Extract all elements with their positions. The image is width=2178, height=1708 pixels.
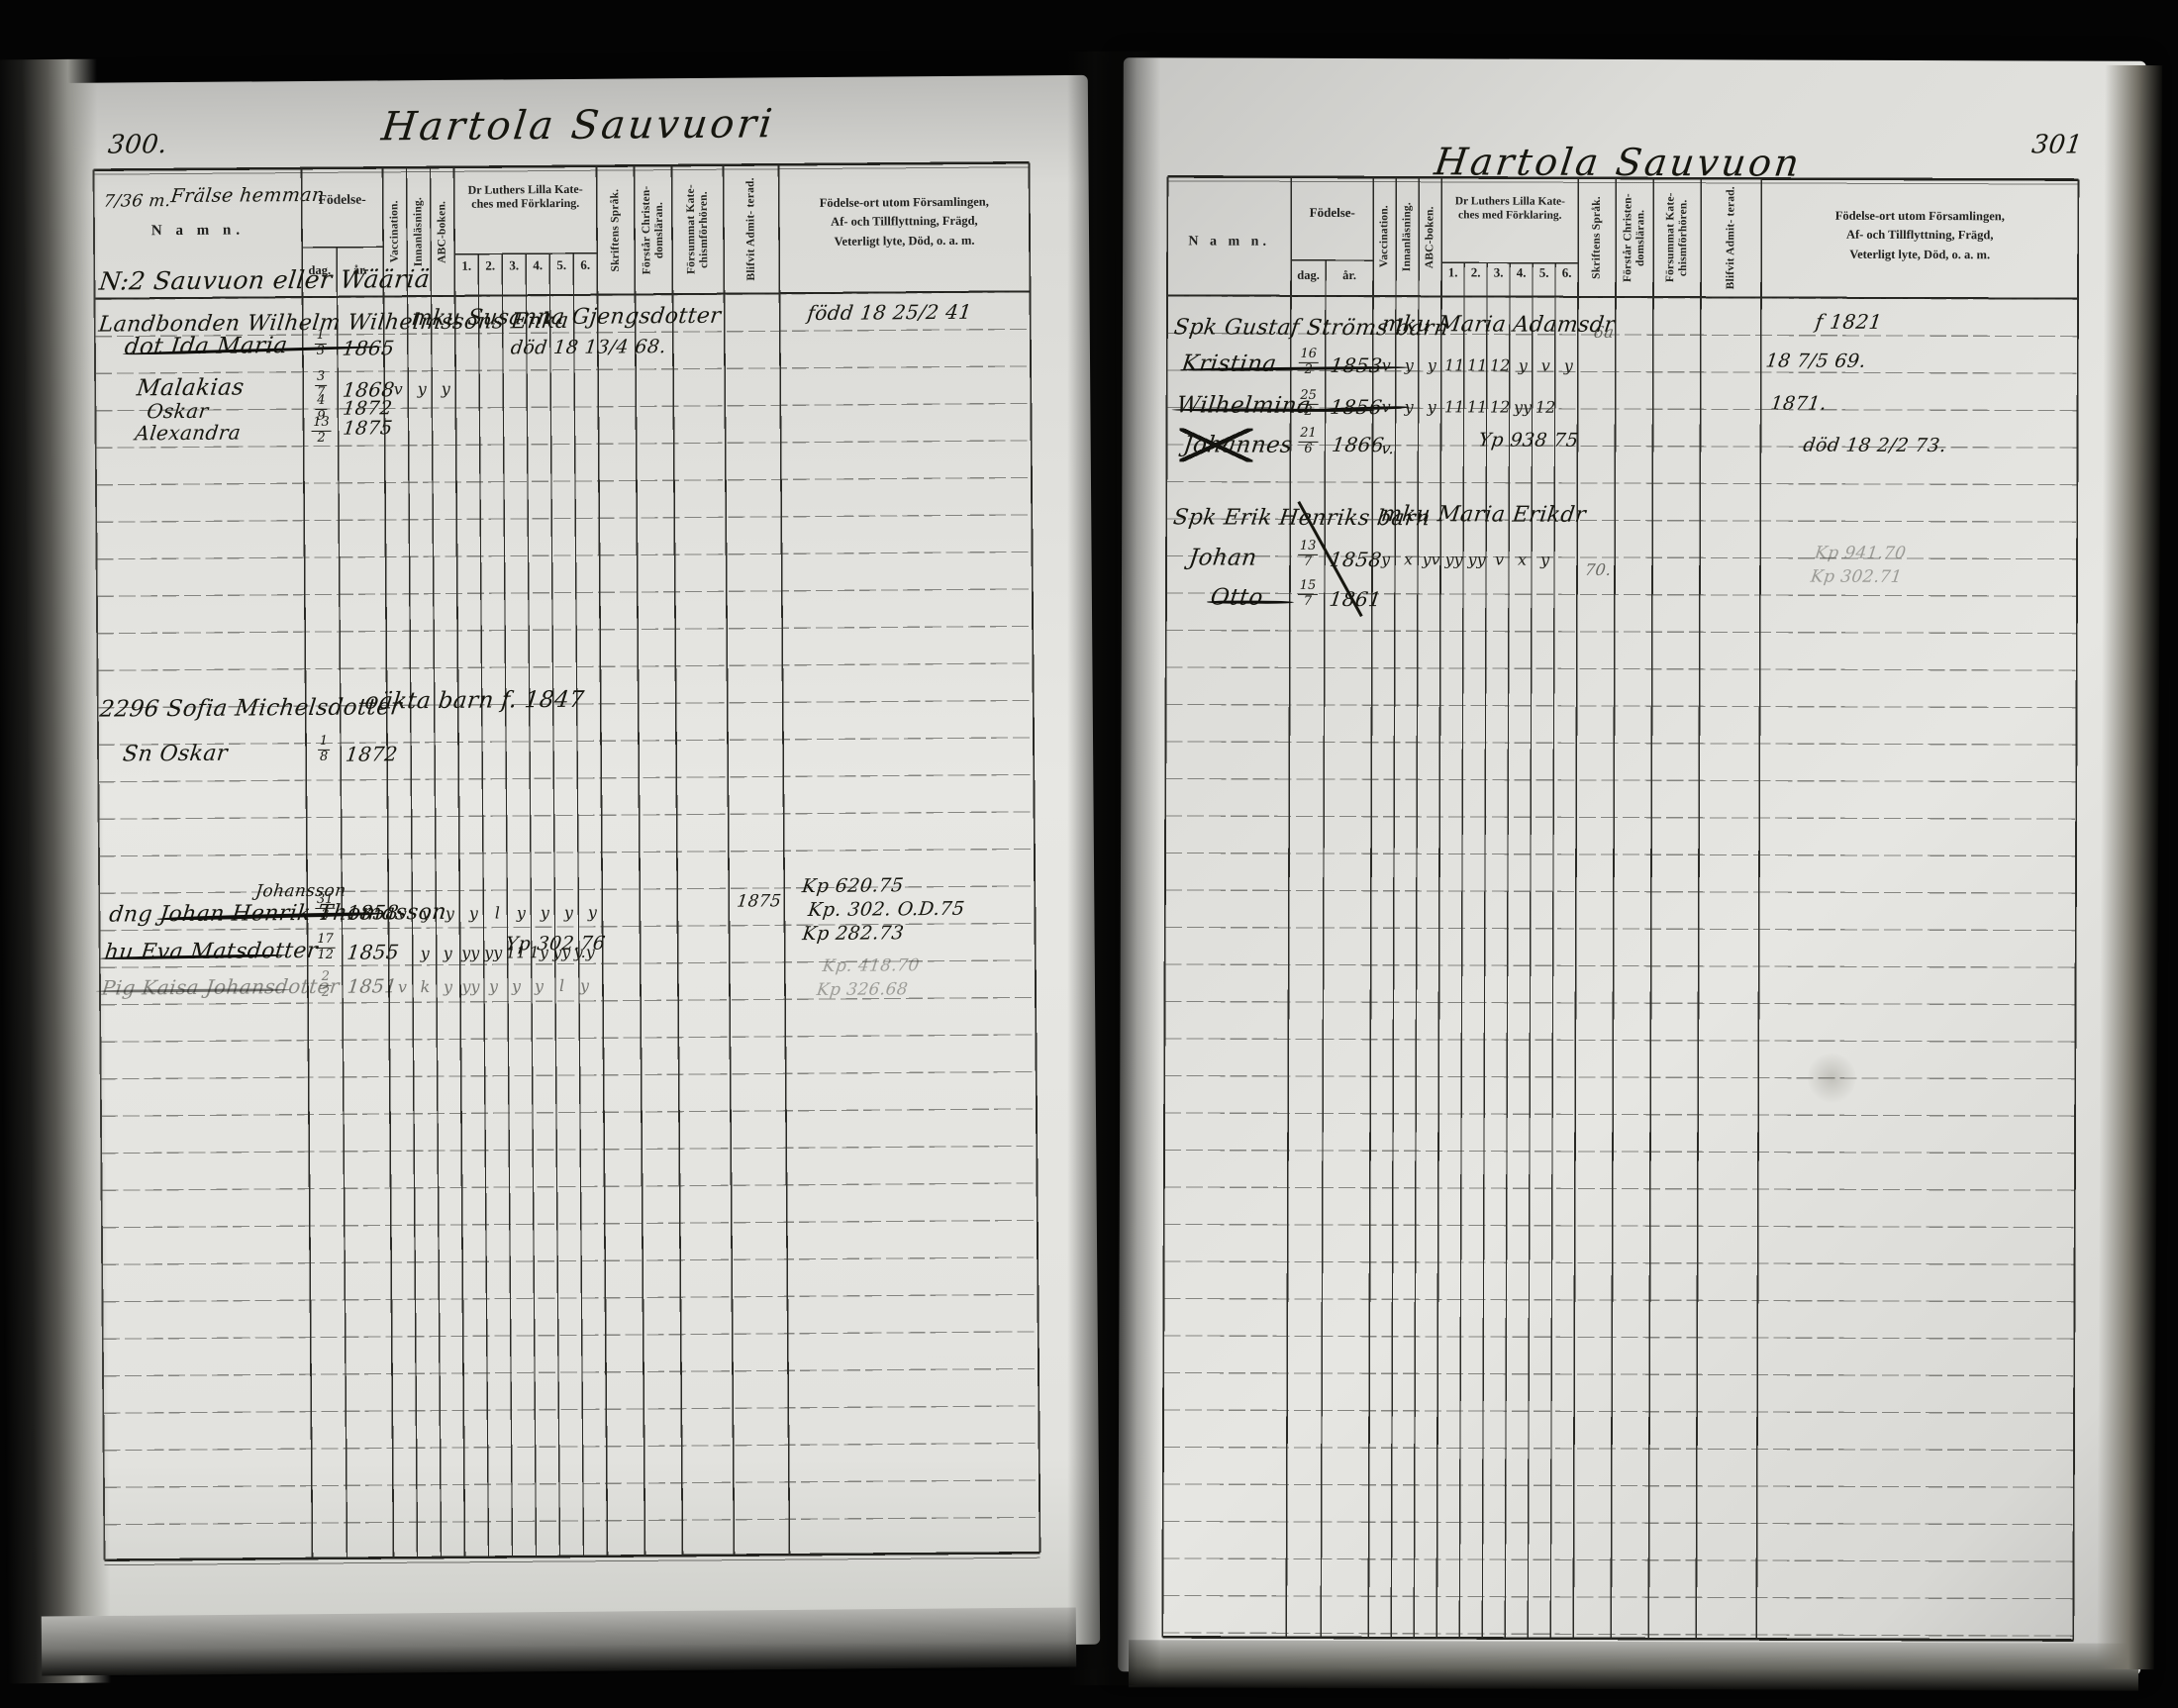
entry-birth-day: 137 (1293, 540, 1323, 568)
entry-spouse: mku Maria Adamsdr (1380, 312, 1616, 338)
entry-note: 18 7/5 69. (1764, 350, 1867, 371)
entry-marks: vyy111112yvy (1375, 355, 1580, 375)
entry-mid-note: 6a (1593, 323, 1616, 342)
entry-note: Kp. 418.70 (822, 955, 921, 976)
bottom-page-edge-left (42, 1607, 1076, 1675)
entry-birth-day: 313 (310, 893, 340, 923)
right-page: 301 Hartola Sauvuon N a m n. Födelse- da… (1118, 57, 2146, 1675)
scanned-parish-register: 300. Hartola Sauvuori 7/36 m. Frälse hem… (0, 0, 2178, 1708)
entry-marks: vyy (386, 379, 457, 399)
entry-name: dot Ida Maria (123, 333, 288, 359)
entry-birth-year: 1865 (342, 336, 396, 359)
entry-mid-note: Yp 302.76 (504, 933, 606, 955)
entry-name: Pig Kaisa Johansdotter (101, 974, 342, 1000)
entry-spouse: mku Maria Erikdr (1380, 502, 1588, 528)
entry-birth-day: 157 (1293, 579, 1323, 608)
entry-name: Otto (1209, 585, 1264, 611)
bottom-page-edge-right (1129, 1640, 2138, 1691)
entry-name: Alexandra (134, 421, 242, 446)
entry-birth-day: 22 (311, 970, 341, 1000)
entry-name: Malakias (136, 374, 246, 401)
entry-birth-day: 162 (1294, 348, 1324, 376)
entry-birth-year: 1872 (342, 397, 393, 419)
entry-note-faint: Kp 941.70 (1814, 544, 1908, 563)
left-page: 300. Hartola Sauvuori 7/36 m. Frälse hem… (24, 75, 1100, 1653)
entry-name: Sn Oskar (122, 742, 230, 767)
entry-marks: vyy111112yy12 (1375, 397, 1557, 417)
entry-note: Kp. 302. O.D.75 (807, 898, 966, 921)
entry-birth-year: 1872 (345, 742, 399, 765)
entry-birth-day: 216 (1293, 427, 1323, 455)
ink-strike (1207, 600, 1294, 603)
entry-name: Oskar (146, 399, 210, 424)
entry-name: Kristina (1180, 351, 1278, 376)
entry-birth-day: 13 (306, 329, 336, 358)
ruled-body-lines-right (1162, 295, 2078, 1640)
entry-note: Kp 282.73 (801, 922, 905, 945)
entry-mid-note: Yp 938 75 (1477, 429, 1580, 451)
entry-note: död 18 2/2 73. (1802, 435, 1947, 456)
book-spine-page-edges (0, 59, 111, 1684)
entry-name: Wilhelmina (1175, 392, 1313, 418)
entry-birth-day: 18 (309, 735, 339, 764)
entry-birth-year: 1866 (1331, 433, 1386, 456)
entry-note-inline: oäkta barn f. 1847 (363, 687, 585, 715)
entry-note: död 18 13/4 68. (510, 336, 667, 358)
ink-cross (1179, 428, 1252, 461)
entry-birth-day: 132 (306, 416, 336, 446)
entry-extra-mark: v. (1380, 439, 1395, 457)
entry-marks: yxyvyyyyvxy (1374, 550, 1556, 569)
entry-name: hu Eva Matsdotter (103, 939, 319, 965)
entry-spouse: mku Susanna Gjengsdotter (410, 304, 722, 331)
entry-birth-day: 252 (1294, 389, 1324, 418)
entry-mid-note: 70. (1584, 560, 1613, 579)
entry-marks: vyyylyyyy (390, 903, 604, 924)
entry-note: född 18 25/2 41 (806, 300, 973, 325)
entry-name: Johan (1187, 545, 1258, 570)
right-page-edge (2097, 65, 2162, 1669)
book-gutter-shadow (1067, 51, 1160, 1685)
entry-note: Kp 326.68 (816, 979, 909, 1000)
entry-note-faint: Kp 302.71 (1810, 567, 1904, 587)
entry-note: f 1821 (1814, 310, 1883, 334)
group-heading: N:2 Sauvuon eller Wääriä (98, 264, 432, 296)
entry-marks: vkyyyyyyly (391, 976, 596, 997)
entry-birth-day: 1712 (311, 933, 341, 962)
entry-note: 1871. (1769, 392, 1828, 414)
entry-admitted-year: 1875 (736, 891, 782, 911)
paper-stain (1808, 1051, 1855, 1106)
entry-note: Kp 620.75 (801, 874, 905, 897)
entry-birth-year: 1875 (342, 417, 393, 439)
entry-name: 2296 Sofia Michelsdotter (98, 694, 403, 722)
